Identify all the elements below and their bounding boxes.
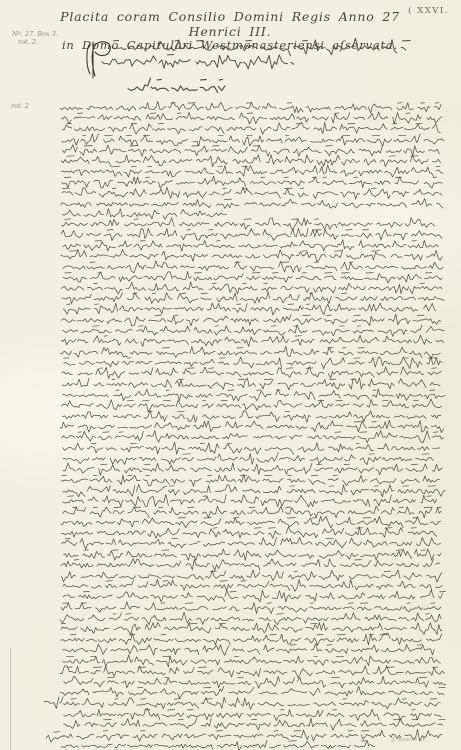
engraver-credit: J. Basire sc. [392,737,428,743]
paragraph-2-line [63,442,440,454]
paragraph-2-line [64,549,441,560]
paragraph-1-line [61,112,442,124]
paragraph-2-line [63,271,442,283]
paragraph-2-line [62,537,441,549]
paragraph-2-line [63,580,443,592]
manuscript-script [0,0,461,750]
paragraph-2-line [63,495,437,507]
paragraph-2-line [61,527,437,539]
paragraph-1-line [62,209,226,220]
paragraph-2-line [61,622,442,634]
paragraph-2-line [60,346,440,358]
paragraph-1-line [62,122,440,134]
paragraph-2-line [61,228,442,240]
paragraph-2-line [61,633,442,645]
facsimile-plate-page: ( XXVI. Nº. 27. Box 3. rot. 2. Placita c… [0,0,461,750]
paragraph-2-line [63,240,438,251]
paragraph-2-line [63,697,440,709]
initial-flourish [87,42,110,78]
paragraph-2-line [61,740,375,750]
paragraph-2-line [60,666,444,678]
paragraph-2-line [62,431,444,443]
paragraph-2-line [61,516,441,528]
paragraph-2-line [60,612,441,624]
paragraph-2-line [63,452,433,464]
paragraph-1-line [60,101,441,113]
paragraph-2-line [64,708,442,720]
paragraph-2-line [63,303,435,315]
paragraph-2-line [63,389,445,401]
paragraph-2-line [63,261,444,273]
paragraph-1-line [61,165,443,177]
paragraph-2-line [62,314,441,326]
paragraph-2-line [63,325,445,337]
paragraph-2-line [60,420,443,432]
paragraph-2-line [61,602,441,614]
paragraph-1-line [61,155,440,167]
paragraph-2-line [63,644,435,656]
paragraph-1-line [62,134,444,146]
paragraph-2-line [62,367,441,379]
paragraph-2-line [62,378,440,390]
opening-line-2 [102,55,294,69]
paragraph-2-line [62,729,443,741]
paragraph-2-line [60,686,445,698]
paragraph-1-line [62,176,443,188]
paragraph-2-line [62,292,444,304]
paragraph-1-line [62,187,442,199]
paragraph-2-line [63,655,441,667]
margin-note-lower [46,732,64,743]
paragraph-2-line [62,570,442,582]
margin-note-upper [44,697,63,709]
paragraph-2-line [61,335,444,347]
paragraph-2-line [63,590,445,602]
paragraph-2-line [61,474,439,486]
paragraph-1-line [61,199,443,209]
paragraph-2-line [63,485,445,497]
paragraph-2-line [63,506,442,518]
subheading [128,78,225,93]
paragraph-2-line [61,399,441,411]
paragraph-1-line [63,145,440,157]
paragraph-2-line [62,218,435,230]
paragraph-2-line [63,463,442,475]
paragraph-2-line [64,676,446,688]
opening-line-1 [112,38,410,56]
paragraph-2-line [64,718,445,730]
paragraph-2-line [61,249,442,261]
paragraph-2-line [61,282,442,294]
paragraph-2-line [61,559,440,571]
paragraph-2-line [63,411,441,423]
